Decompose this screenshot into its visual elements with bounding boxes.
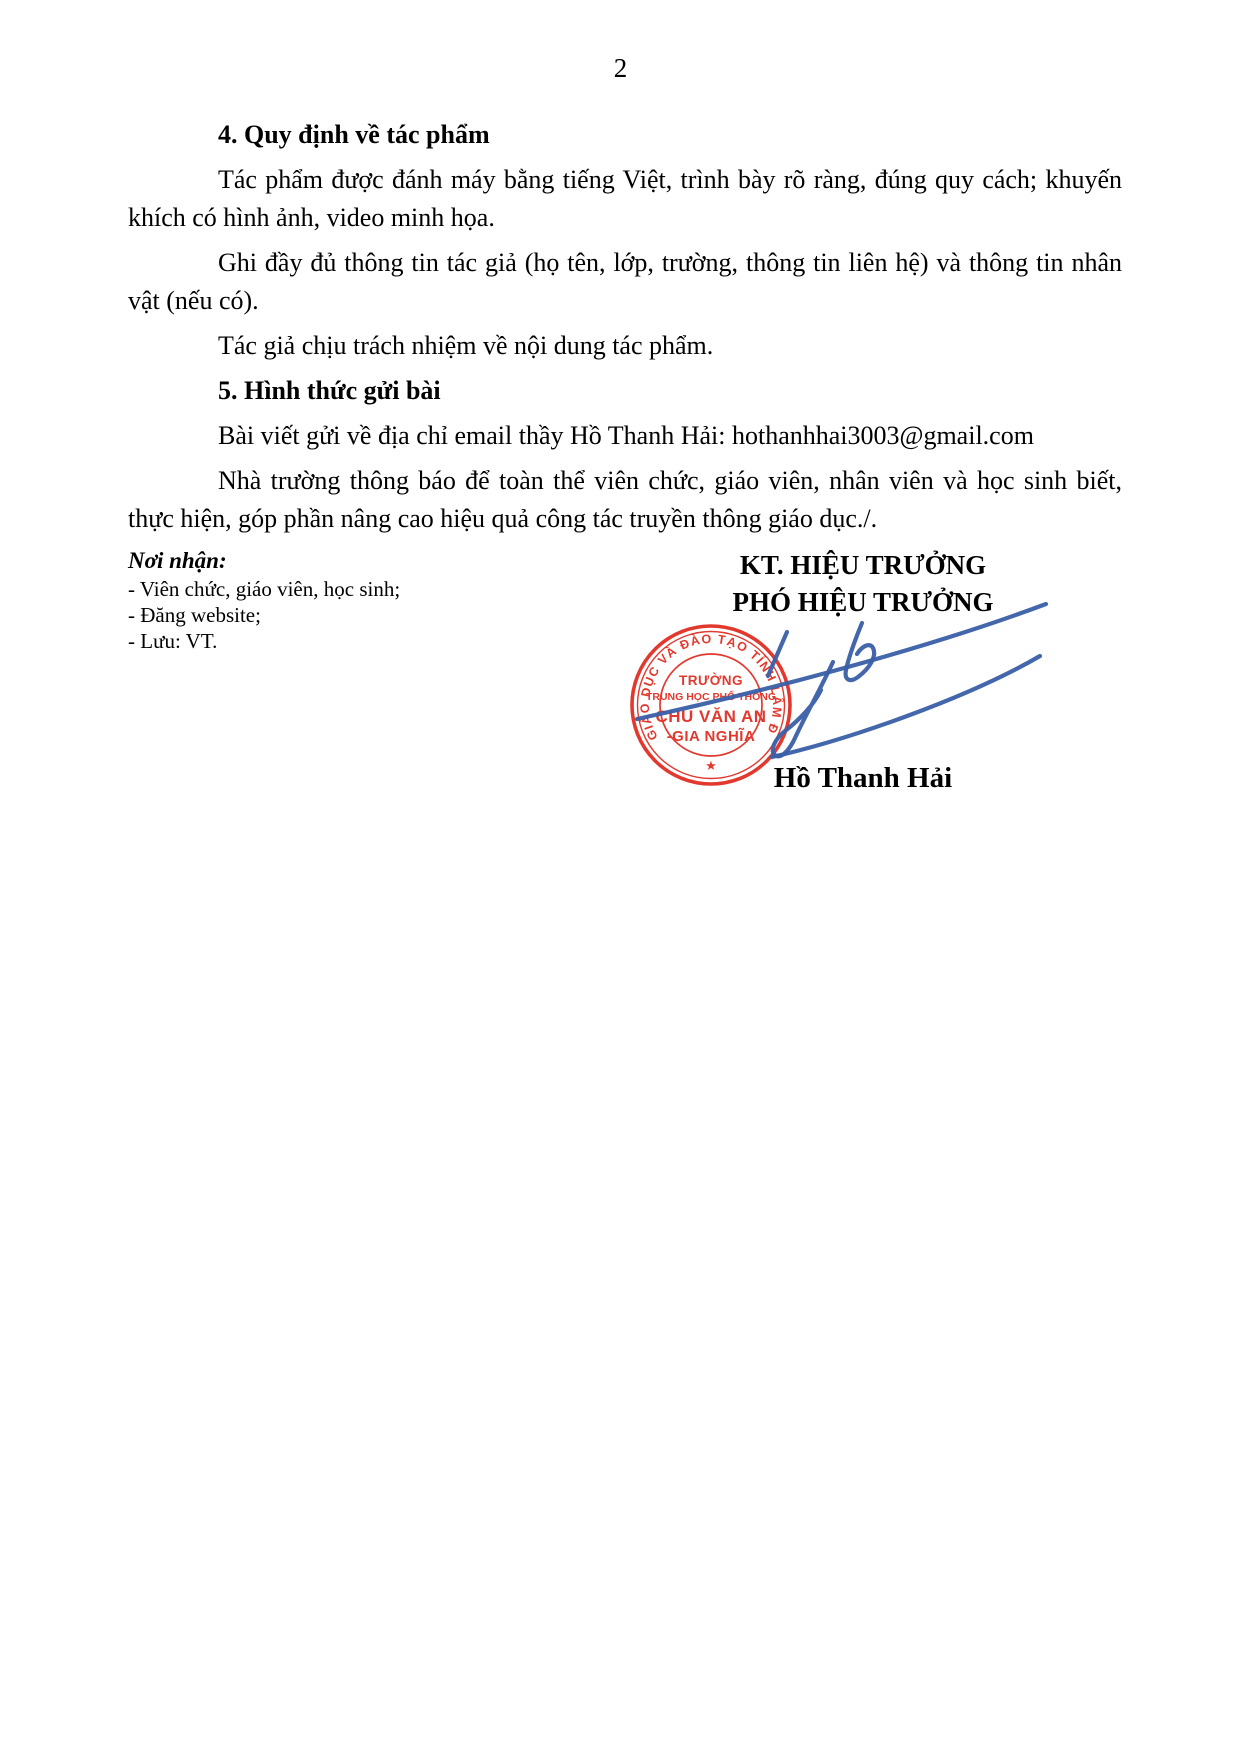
section-5-heading: 5. Hình thức gửi bài xyxy=(128,372,1122,410)
recipient-item: - Lưu: VT. xyxy=(128,628,548,654)
signer-name: Hồ Thanh Hải xyxy=(628,760,1098,796)
recipients-block: Nơi nhận: - Viên chức, giáo viên, học si… xyxy=(128,546,548,654)
document-body: 4. Quy định về tác phẩm Tác phẩm được đá… xyxy=(128,100,1122,538)
signature-tick xyxy=(768,632,787,676)
paragraph: Tác giả chịu trách nhiệm về nội dung tác… xyxy=(128,327,1122,365)
paragraph: Ghi đầy đủ thông tin tác giả (họ tên, lớ… xyxy=(128,244,1122,320)
paragraph: Nhà trường thông báo để toàn thể viên ch… xyxy=(128,462,1122,538)
signature-title-line1: KT. HIỆU TRƯỞNG xyxy=(628,547,1098,584)
signature-scribble xyxy=(578,590,1060,775)
document-page: 2 4. Quy định về tác phẩm Tác phẩm được … xyxy=(0,0,1241,1755)
recipients-label: Nơi nhận: xyxy=(128,546,548,576)
signature-curl xyxy=(846,623,875,680)
paragraph: Tác phẩm được đánh máy bằng tiếng Việt, … xyxy=(128,161,1122,237)
section-4-heading: 4. Quy định về tác phẩm xyxy=(128,116,1122,154)
paragraph-email: Bài viết gửi về địa chỉ email thầy Hồ Th… xyxy=(128,417,1122,455)
signature-upper-sweep xyxy=(637,604,1046,719)
recipient-item: - Đăng website; xyxy=(128,602,548,628)
page-number: 2 xyxy=(0,52,1241,84)
recipient-item: - Viên chức, giáo viên, học sinh; xyxy=(128,576,548,602)
